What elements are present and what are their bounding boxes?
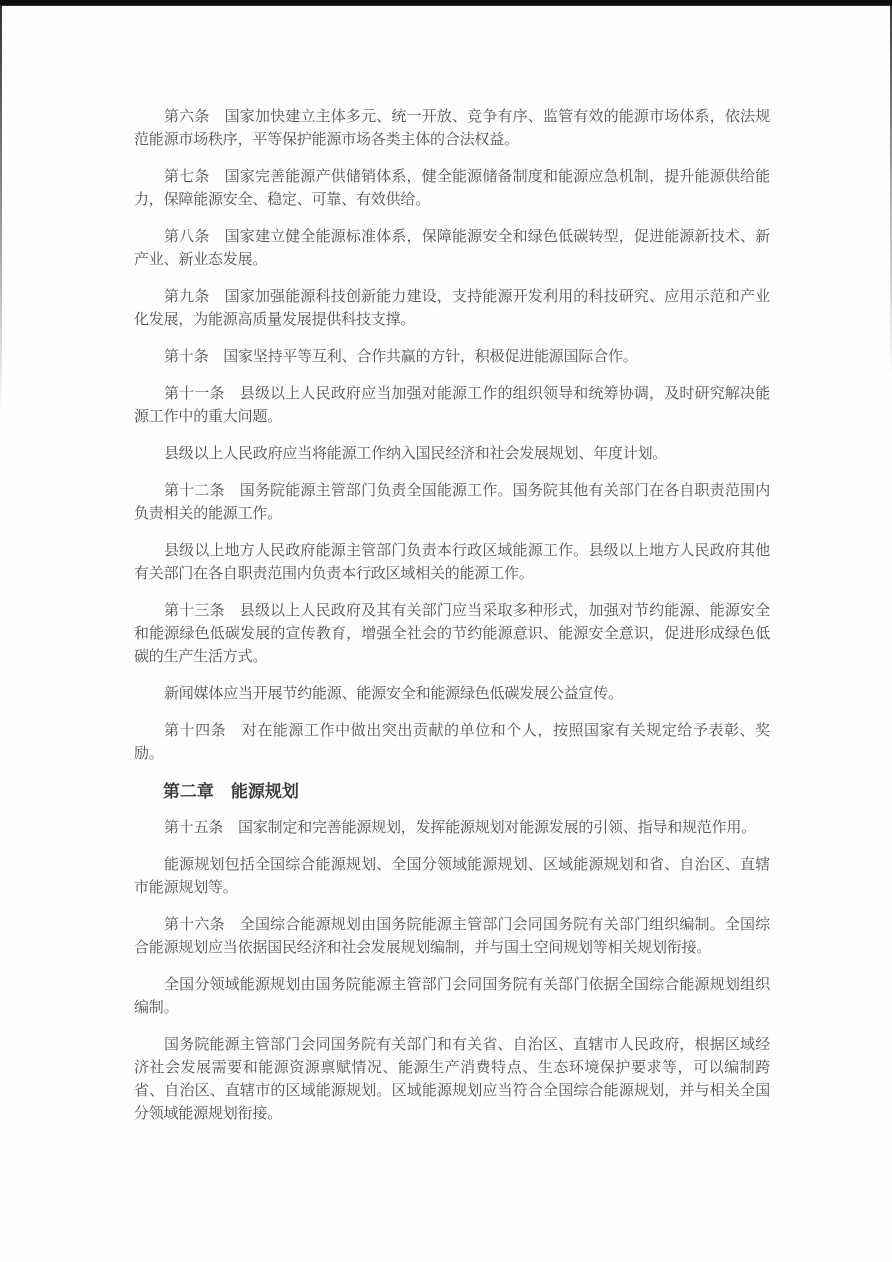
article-paragraph: 第九条 国家加强能源科技创新能力建设，支持能源开发利用的科技研究、应用示范和产业… — [134, 286, 770, 332]
document-page: 第六条 国家加快建立主体多元、统一开放、竞争有序、监管有效的能源市场体系，依法规… — [0, 0, 892, 1262]
article-paragraph: 第十一条 县级以上人民政府应当加强对能源工作的组织领导和统筹协调，及时研究解决能… — [134, 383, 770, 429]
article-paragraph: 第七条 国家完善能源产供储销体系，健全能源储备制度和能源应急机制，提升能源供给能… — [134, 166, 770, 212]
article-paragraph: 第十条 国家坚持平等互利、合作共赢的方针，积极促进能源国际合作。 — [134, 346, 770, 369]
scan-left-edge-shadow — [0, 5, 2, 415]
scan-top-edge — [0, 0, 892, 6]
article-paragraph: 第十六条 全国综合能源规划由国务院能源主管部门会同国务院有关部门组织编制。全国综… — [134, 914, 770, 960]
chapter-heading: 第二章 能源规划 — [134, 780, 770, 803]
article-paragraph: 全国分领域能源规划由国务院能源主管部门会同国务院有关部门依据全国综合能源规划组织… — [134, 974, 770, 1020]
article-paragraph: 县级以上人民政府应当将能源工作纳入国民经济和社会发展规划、年度计划。 — [134, 443, 770, 466]
article-paragraph: 第十四条 对在能源工作中做出突出贡献的单位和个人，按照国家有关规定给予表彰、奖励… — [134, 720, 770, 766]
article-paragraph: 第十五条 国家制定和完善能源规划，发挥能源规划对能源发展的引领、指导和规范作用。 — [134, 817, 770, 840]
article-paragraph: 能源规划包括全国综合能源规划、全国分领域能源规划、区域能源规划和省、自治区、直辖… — [134, 854, 770, 900]
article-paragraph: 第八条 国家建立健全能源标准体系，保障能源安全和绿色低碳转型，促进能源新技术、新… — [134, 226, 770, 272]
article-paragraph: 国务院能源主管部门会同国务院有关部门和有关省、自治区、直辖市人民政府，根据区域经… — [134, 1034, 770, 1126]
article-paragraph: 第十二条 国务院能源主管部门负责全国能源工作。国务院其他有关部门在各自职责范围内… — [134, 480, 770, 526]
article-paragraph: 第六条 国家加快建立主体多元、统一开放、竞争有序、监管有效的能源市场体系，依法规… — [134, 106, 770, 152]
article-paragraph: 新闻媒体应当开展节约能源、能源安全和能源绿色低碳发展公益宣传。 — [134, 683, 770, 706]
article-paragraph: 第十三条 县级以上人民政府及其有关部门应当采取多种形式，加强对节约能源、能源安全… — [134, 600, 770, 669]
article-paragraph: 县级以上地方人民政府能源主管部门负责本行政区域能源工作。县级以上地方人民政府其他… — [134, 540, 770, 586]
document-body: 第六条 国家加快建立主体多元、统一开放、竞争有序、监管有效的能源市场体系，依法规… — [134, 106, 770, 1140]
